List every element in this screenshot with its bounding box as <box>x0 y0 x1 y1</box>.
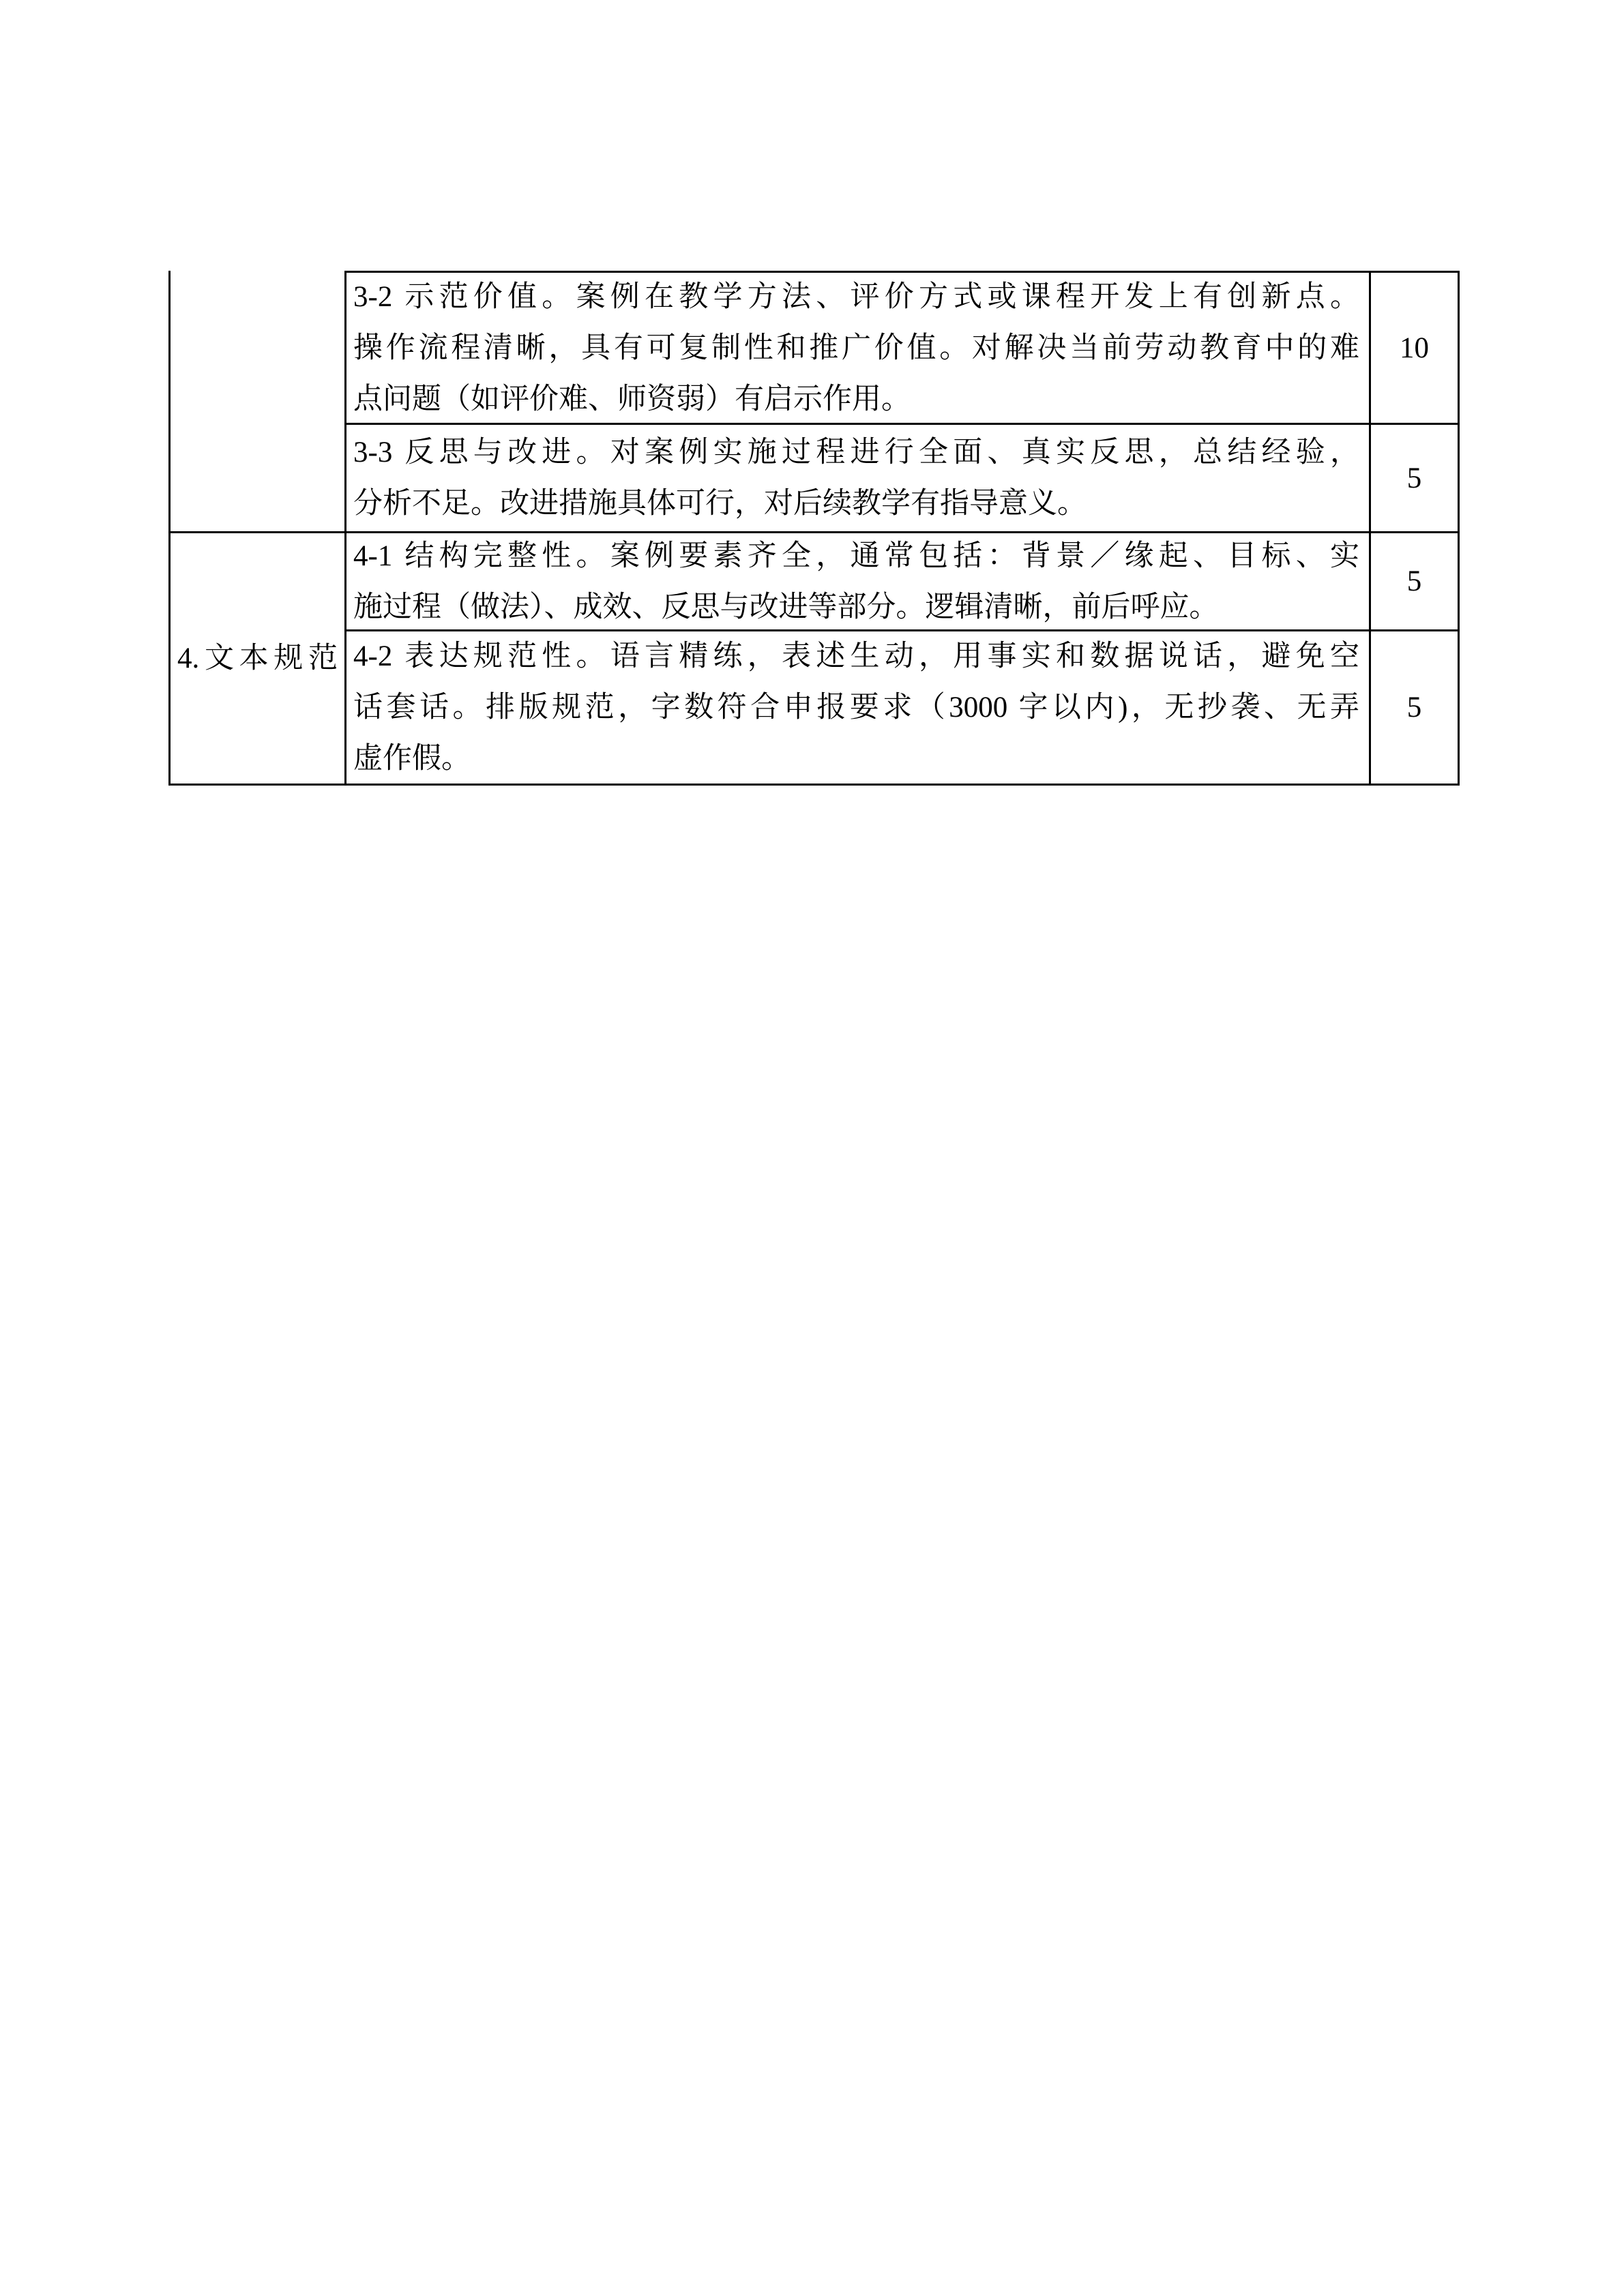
criterion-3-2-line-3: 点问题（如评价难、师资弱）有启示作用。 <box>353 374 1359 423</box>
criterion-4-1-line-1: 4-1 结构完整性。案例要素齐全，通常包括：背景／缘起、目标、实 <box>353 531 1359 582</box>
category-4-label: 4.文本规范 <box>177 633 338 684</box>
criterion-3-3-score: 5 <box>1407 462 1422 495</box>
criterion-3-2-score-cell: 10 <box>1369 271 1458 423</box>
criterion-3-2-line-1: 3-2 示范价值。案例在教学方法、评价方式或课程开发上有创新点。 <box>353 271 1359 323</box>
criterion-4-2-score-cell: 5 <box>1369 629 1458 784</box>
criterion-4-2-score: 5 <box>1407 691 1422 724</box>
criterion-4-1-score-cell: 5 <box>1369 531 1458 629</box>
criterion-4-2-description: 4-2 表达规范性。语言精练，表述生动，用事实和数据说话，避免空 话套话。排版规… <box>344 629 1369 784</box>
rubric-table: 3-2 示范价值。案例在教学方法、评价方式或课程开发上有创新点。 操作流程清晰，… <box>168 271 1460 786</box>
criterion-4-2-line-1: 4-2 表达规范性。语言精练，表述生动，用事实和数据说话，避免空 <box>353 631 1359 682</box>
category-3-cell <box>171 271 344 531</box>
criterion-4-2-line-2: 话套话。排版规范，字数符合申报要求（3000 字以内)，无抄袭、无弄 <box>353 682 1359 733</box>
criterion-3-3-line-2: 分析不足。改进措施具体可行，对后续教学有指导意义。 <box>353 478 1359 529</box>
criterion-3-3-description: 3-3 反思与改进。对案例实施过程进行全面、真实反思，总结经验， 分析不足。改进… <box>344 423 1369 531</box>
criterion-4-2-line-3: 虚作假。 <box>353 733 1359 784</box>
criterion-3-3-score-cell: 5 <box>1369 423 1458 531</box>
document-page: 3-2 示范价值。案例在教学方法、评价方式或课程开发上有创新点。 操作流程清晰，… <box>0 0 1624 2296</box>
criterion-3-2-description: 3-2 示范价值。案例在教学方法、评价方式或课程开发上有创新点。 操作流程清晰，… <box>344 271 1369 423</box>
criterion-3-2-line-2: 操作流程清晰，具有可复制性和推广价值。对解决当前劳动教育中的难 <box>353 323 1359 374</box>
category-4-cell: 4.文本规范 <box>171 531 344 784</box>
criterion-4-1-score: 5 <box>1407 565 1422 598</box>
criterion-4-1-description: 4-1 结构完整性。案例要素齐全，通常包括：背景／缘起、目标、实 施过程（做法）… <box>344 531 1369 629</box>
criterion-3-3-line-1: 3-3 反思与改进。对案例实施过程进行全面、真实反思，总结经验， <box>353 427 1359 478</box>
criterion-4-1-line-2: 施过程（做法）、成效、反思与改进等部分。逻辑清晰，前后呼应。 <box>353 582 1359 630</box>
criterion-3-2-score: 10 <box>1400 331 1429 365</box>
